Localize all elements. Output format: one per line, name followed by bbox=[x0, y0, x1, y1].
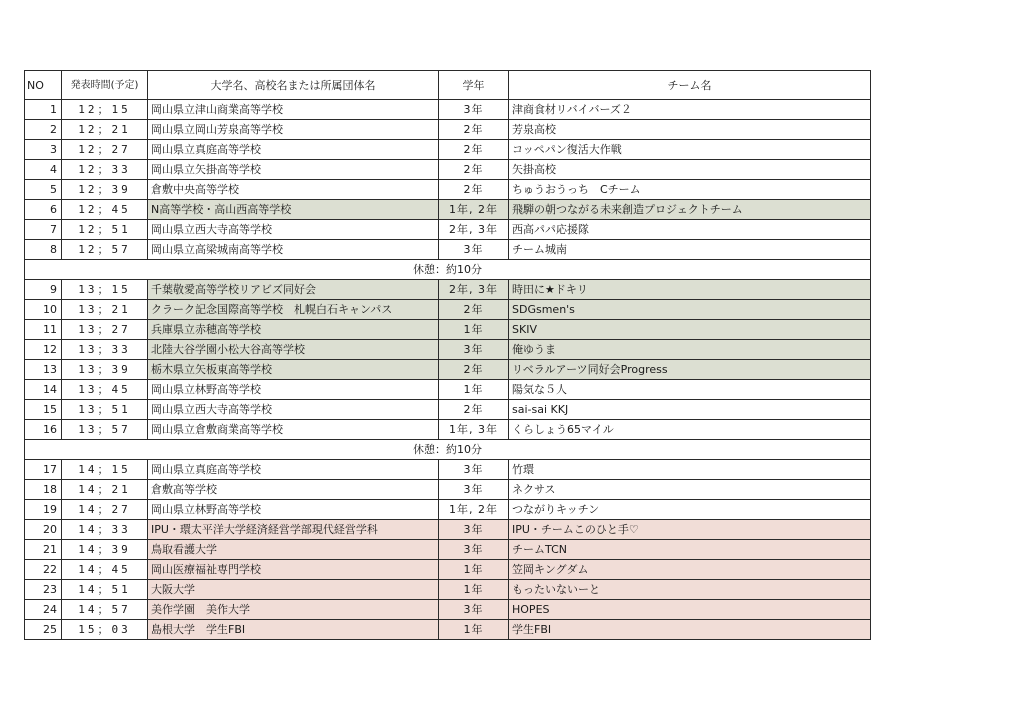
presentation-time: 14；33 bbox=[62, 520, 148, 540]
grade: 3年 bbox=[439, 240, 509, 260]
row-number: 4 bbox=[25, 160, 62, 180]
grade: 2年 bbox=[439, 140, 509, 160]
row-number: 3 bbox=[25, 140, 62, 160]
table-row: 412；33岡山県立矢掛高等学校2年矢掛高校 bbox=[25, 160, 871, 180]
school-name: 岡山医療福祉専門学校 bbox=[148, 560, 439, 580]
team-name: チーム城南 bbox=[509, 240, 871, 260]
team-name: 津商食材リバイバーズ２ bbox=[509, 100, 871, 120]
presentation-time: 12；21 bbox=[62, 120, 148, 140]
row-number: 1 bbox=[25, 100, 62, 120]
row-number: 14 bbox=[25, 380, 62, 400]
grade: 3年 bbox=[439, 520, 509, 540]
presentation-time: 14；51 bbox=[62, 580, 148, 600]
team-name: IPU・チームこのひと手♡ bbox=[509, 520, 871, 540]
row-number: 18 bbox=[25, 480, 62, 500]
row-number: 15 bbox=[25, 400, 62, 420]
row-number: 19 bbox=[25, 500, 62, 520]
grade: 3年 bbox=[439, 460, 509, 480]
table-row: 1513；51岡山県立西大寺高等学校2年sai-sai KKJ bbox=[25, 400, 871, 420]
presentation-time: 13；21 bbox=[62, 300, 148, 320]
presentation-time: 14；15 bbox=[62, 460, 148, 480]
team-name: 笠岡キングダム bbox=[509, 560, 871, 580]
row-number: 16 bbox=[25, 420, 62, 440]
team-name: もったいないーと bbox=[509, 580, 871, 600]
grade: 1年 bbox=[439, 560, 509, 580]
row-number: 22 bbox=[25, 560, 62, 580]
table-row: 1213；33北陸大谷学園小松大谷高等学校3年俺ゆうま bbox=[25, 340, 871, 360]
team-name: 西高パパ応援隊 bbox=[509, 220, 871, 240]
school-name: 倉敷中央高等学校 bbox=[148, 180, 439, 200]
grade: 2年 bbox=[439, 300, 509, 320]
row-number: 21 bbox=[25, 540, 62, 560]
row-number: 17 bbox=[25, 460, 62, 480]
presentation-time: 14；57 bbox=[62, 600, 148, 620]
presentation-time: 14；45 bbox=[62, 560, 148, 580]
team-name: 陽気な５人 bbox=[509, 380, 871, 400]
school-name: 岡山県立津山商業高等学校 bbox=[148, 100, 439, 120]
schedule-body: 112；15岡山県立津山商業高等学校3年津商食材リバイバーズ２212；21岡山県… bbox=[25, 100, 871, 640]
school-name: 栃木県立矢板東高等学校 bbox=[148, 360, 439, 380]
grade: 2年, 3年 bbox=[439, 220, 509, 240]
team-name: 竹環 bbox=[509, 460, 871, 480]
row-number: 9 bbox=[25, 280, 62, 300]
header-row: NO 発表時間(予定) 大学名、高校名または所属団体名 学年 チーム名 bbox=[25, 71, 871, 100]
table-row: 712；51岡山県立西大寺高等学校2年, 3年西高パパ応援隊 bbox=[25, 220, 871, 240]
presentation-time: 15；03 bbox=[62, 620, 148, 640]
table-row: 1613；57岡山県立倉敷商業高等学校1年, 3年くらしょう65マイル bbox=[25, 420, 871, 440]
presentation-time: 14；39 bbox=[62, 540, 148, 560]
school-name: クラーク記念国際高等学校 札幌白石キャンパス bbox=[148, 300, 439, 320]
presentation-time: 14；21 bbox=[62, 480, 148, 500]
team-name: 芳泉高校 bbox=[509, 120, 871, 140]
team-name: コッペパン復活大作戦 bbox=[509, 140, 871, 160]
presentation-time: 13；33 bbox=[62, 340, 148, 360]
school-name: 岡山県立矢掛高等学校 bbox=[148, 160, 439, 180]
row-number: 5 bbox=[25, 180, 62, 200]
header-team: チーム名 bbox=[509, 71, 871, 100]
table-row: 312；27岡山県立真庭高等学校2年コッペパン復活大作戦 bbox=[25, 140, 871, 160]
table-row: 1313；39栃木県立矢板東高等学校2年リベラルアーツ同好会Progress bbox=[25, 360, 871, 380]
table-row: 2515；03島根大学 学生FBI1年学生FBI bbox=[25, 620, 871, 640]
table-row: 112；15岡山県立津山商業高等学校3年津商食材リバイバーズ２ bbox=[25, 100, 871, 120]
break-row: 休憩：約10分 bbox=[25, 260, 871, 280]
school-name: 大阪大学 bbox=[148, 580, 439, 600]
break-label: 休憩：約10分 bbox=[25, 440, 871, 460]
table-row: 612；45N高等学校・高山西高等学校1年, 2年飛騨の朝つながる未来創造プロジ… bbox=[25, 200, 871, 220]
row-number: 20 bbox=[25, 520, 62, 540]
table-row: 1413；45岡山県立林野高等学校1年陽気な５人 bbox=[25, 380, 871, 400]
presentation-time: 12；57 bbox=[62, 240, 148, 260]
team-name: SDGsmen's bbox=[509, 300, 871, 320]
school-name: 兵庫県立赤穂高等学校 bbox=[148, 320, 439, 340]
row-number: 11 bbox=[25, 320, 62, 340]
row-number: 23 bbox=[25, 580, 62, 600]
table-row: 2014；33IPU・環太平洋大学経済経営学部現代経営学科3年IPU・チームこの… bbox=[25, 520, 871, 540]
team-name: つながりキッチン bbox=[509, 500, 871, 520]
row-number: 7 bbox=[25, 220, 62, 240]
grade: 1年 bbox=[439, 320, 509, 340]
table-row: 1013；21クラーク記念国際高等学校 札幌白石キャンパス2年SDGsmen's bbox=[25, 300, 871, 320]
grade: 1年, 2年 bbox=[439, 200, 509, 220]
row-number: 24 bbox=[25, 600, 62, 620]
table-row: 1914；27岡山県立林野高等学校1年, 2年つながりキッチン bbox=[25, 500, 871, 520]
row-number: 25 bbox=[25, 620, 62, 640]
school-name: 岡山県立真庭高等学校 bbox=[148, 460, 439, 480]
grade: 3年 bbox=[439, 100, 509, 120]
team-name: ネクサス bbox=[509, 480, 871, 500]
table-row: 913；15千葉敬愛高等学校リアビズ同好会2年, 3年時田に★ドキリ bbox=[25, 280, 871, 300]
grade: 2年, 3年 bbox=[439, 280, 509, 300]
grade: 3年 bbox=[439, 600, 509, 620]
table-row: 2114；39鳥取看護大学3年チームTCN bbox=[25, 540, 871, 560]
presentation-time: 12；39 bbox=[62, 180, 148, 200]
presentation-time: 12；27 bbox=[62, 140, 148, 160]
table-row: 2414；57美作学園 美作大学3年HOPES bbox=[25, 600, 871, 620]
grade: 2年 bbox=[439, 400, 509, 420]
presentation-time: 13；39 bbox=[62, 360, 148, 380]
school-name: IPU・環太平洋大学経済経営学部現代経営学科 bbox=[148, 520, 439, 540]
school-name: 岡山県立林野高等学校 bbox=[148, 500, 439, 520]
grade: 1年, 3年 bbox=[439, 420, 509, 440]
team-name: 飛騨の朝つながる未来創造プロジェクトチーム bbox=[509, 200, 871, 220]
presentation-time: 13；15 bbox=[62, 280, 148, 300]
row-number: 12 bbox=[25, 340, 62, 360]
row-number: 2 bbox=[25, 120, 62, 140]
school-name: 岡山県立西大寺高等学校 bbox=[148, 400, 439, 420]
grade: 2年 bbox=[439, 160, 509, 180]
table-row: 1113；27兵庫県立赤穂高等学校1年SKIV bbox=[25, 320, 871, 340]
presentation-time: 12；33 bbox=[62, 160, 148, 180]
school-name: 美作学園 美作大学 bbox=[148, 600, 439, 620]
grade: 2年 bbox=[439, 120, 509, 140]
table-row: 512；39倉敷中央高等学校2年ちゅうおうっち Cチーム bbox=[25, 180, 871, 200]
team-name: SKIV bbox=[509, 320, 871, 340]
schedule-table: NO 発表時間(予定) 大学名、高校名または所属団体名 学年 チーム名 112；… bbox=[24, 70, 871, 640]
team-name: ちゅうおうっち Cチーム bbox=[509, 180, 871, 200]
school-name: 岡山県立林野高等学校 bbox=[148, 380, 439, 400]
team-name: くらしょう65マイル bbox=[509, 420, 871, 440]
presentation-time: 13；45 bbox=[62, 380, 148, 400]
school-name: 岡山県立真庭高等学校 bbox=[148, 140, 439, 160]
presentation-time: 12；51 bbox=[62, 220, 148, 240]
table-row: 1714；15岡山県立真庭高等学校3年竹環 bbox=[25, 460, 871, 480]
school-name: 倉敷高等学校 bbox=[148, 480, 439, 500]
school-name: 岡山県立西大寺高等学校 bbox=[148, 220, 439, 240]
grade: 3年 bbox=[439, 540, 509, 560]
presentation-time: 13；57 bbox=[62, 420, 148, 440]
row-number: 8 bbox=[25, 240, 62, 260]
grade: 2年 bbox=[439, 360, 509, 380]
grade: 1年 bbox=[439, 580, 509, 600]
table-row: 2214；45岡山医療福祉専門学校1年笠岡キングダム bbox=[25, 560, 871, 580]
row-number: 10 bbox=[25, 300, 62, 320]
team-name: リベラルアーツ同好会Progress bbox=[509, 360, 871, 380]
school-name: 島根大学 学生FBI bbox=[148, 620, 439, 640]
school-name: 岡山県立倉敷商業高等学校 bbox=[148, 420, 439, 440]
presentation-time: 14；27 bbox=[62, 500, 148, 520]
table-row: 1814；21倉敷高等学校3年ネクサス bbox=[25, 480, 871, 500]
team-name: 俺ゆうま bbox=[509, 340, 871, 360]
school-name: 北陸大谷学園小松大谷高等学校 bbox=[148, 340, 439, 360]
team-name: 時田に★ドキリ bbox=[509, 280, 871, 300]
table-row: 212；21岡山県立岡山芳泉高等学校2年芳泉高校 bbox=[25, 120, 871, 140]
break-row: 休憩：約10分 bbox=[25, 440, 871, 460]
break-label: 休憩：約10分 bbox=[25, 260, 871, 280]
grade: 3年 bbox=[439, 480, 509, 500]
team-name: チームTCN bbox=[509, 540, 871, 560]
grade: 1年 bbox=[439, 380, 509, 400]
school-name: 岡山県立岡山芳泉高等学校 bbox=[148, 120, 439, 140]
school-name: 鳥取看護大学 bbox=[148, 540, 439, 560]
presentation-time: 13；27 bbox=[62, 320, 148, 340]
grade: 1年, 2年 bbox=[439, 500, 509, 520]
grade: 1年 bbox=[439, 620, 509, 640]
team-name: 学生FBI bbox=[509, 620, 871, 640]
presentation-time: 12；45 bbox=[62, 200, 148, 220]
table-row: 2314；51大阪大学1年もったいないーと bbox=[25, 580, 871, 600]
header-grade: 学年 bbox=[439, 71, 509, 100]
school-name: 千葉敬愛高等学校リアビズ同好会 bbox=[148, 280, 439, 300]
header-school: 大学名、高校名または所属団体名 bbox=[148, 71, 439, 100]
presentation-time: 12；15 bbox=[62, 100, 148, 120]
row-number: 13 bbox=[25, 360, 62, 380]
header-no: NO bbox=[25, 71, 62, 100]
presentation-time: 13；51 bbox=[62, 400, 148, 420]
table-row: 812；57岡山県立高梁城南高等学校3年チーム城南 bbox=[25, 240, 871, 260]
row-number: 6 bbox=[25, 200, 62, 220]
team-name: 矢掛高校 bbox=[509, 160, 871, 180]
grade: 2年 bbox=[439, 180, 509, 200]
header-time: 発表時間(予定) bbox=[62, 71, 148, 100]
school-name: N高等学校・高山西高等学校 bbox=[148, 200, 439, 220]
team-name: HOPES bbox=[509, 600, 871, 620]
team-name: sai-sai KKJ bbox=[509, 400, 871, 420]
school-name: 岡山県立高梁城南高等学校 bbox=[148, 240, 439, 260]
grade: 3年 bbox=[439, 340, 509, 360]
